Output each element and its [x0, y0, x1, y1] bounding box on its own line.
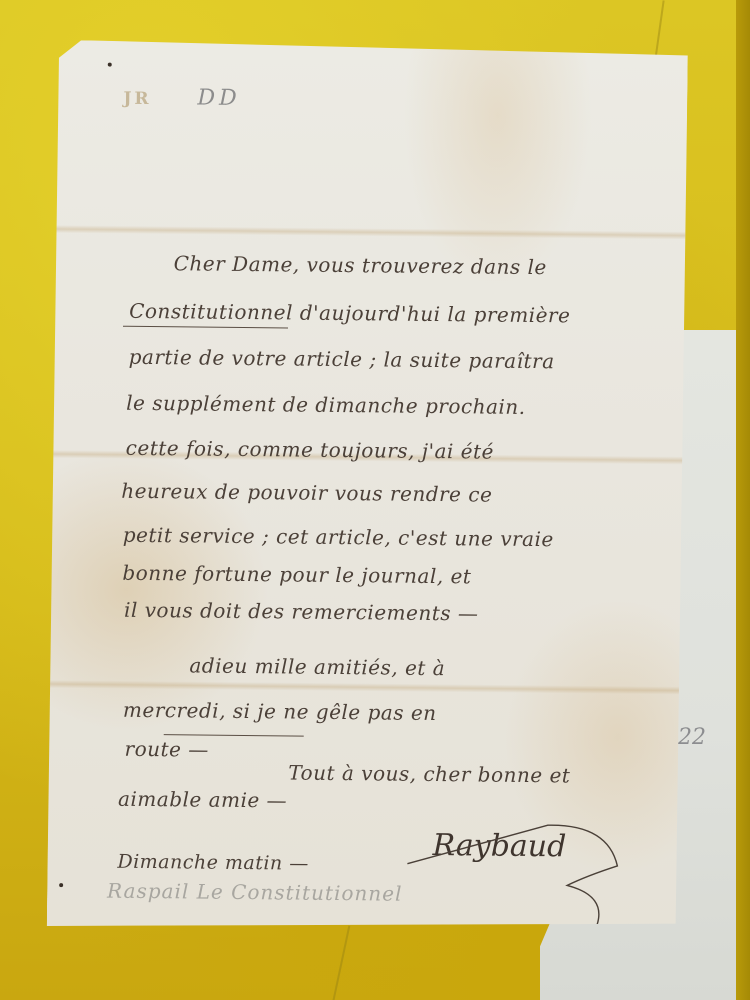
letter-line: Tout à vous, cher bonne et: [288, 760, 570, 787]
letter-line: il vous doit des remerciements —: [124, 598, 479, 626]
letter-sheet: JR DD Cher Dame, vous trouverez dans le …: [47, 40, 688, 933]
pin-hole: [108, 63, 112, 67]
fold-line: [49, 680, 681, 695]
letter-line: bonne fortune pour le journal, et: [122, 561, 471, 589]
letter-line: mercredi, si je ne gêle pas en: [123, 698, 437, 725]
right-edge-shadow: [736, 0, 750, 1000]
letter-line: Constitutionnel d'aujourd'hui la premièr…: [129, 299, 570, 328]
pencil-note: Raspail Le Constitutionnel: [107, 879, 403, 906]
letter-line: adieu mille amitiés, et à: [189, 653, 445, 680]
fold-line: [54, 225, 686, 240]
underline: [164, 734, 304, 736]
letter-line: le supplément de dimanche prochain.: [126, 391, 526, 419]
letter-line: aimable amie —: [118, 787, 287, 813]
letter-line: Cher Dame, vous trouverez dans le: [174, 251, 547, 279]
letter-line: heureux de pouvoir vous rendre ce: [121, 479, 492, 507]
letter-line: petit service ; cet article, c'est une v…: [123, 523, 554, 552]
pencil-initials: DD: [197, 85, 241, 110]
underline: [123, 326, 288, 329]
letter-line: cette fois, comme toujours, j'ai été: [126, 436, 494, 464]
pin-hole: [59, 883, 63, 887]
embossed-monogram: JR: [123, 89, 151, 109]
letter-line: route —: [124, 737, 208, 762]
second-sheet-mark: 22: [678, 725, 706, 750]
letter-line: partie de votre article ; la suite paraî…: [129, 345, 555, 373]
closing-date: Dimanche matin —: [117, 851, 309, 875]
